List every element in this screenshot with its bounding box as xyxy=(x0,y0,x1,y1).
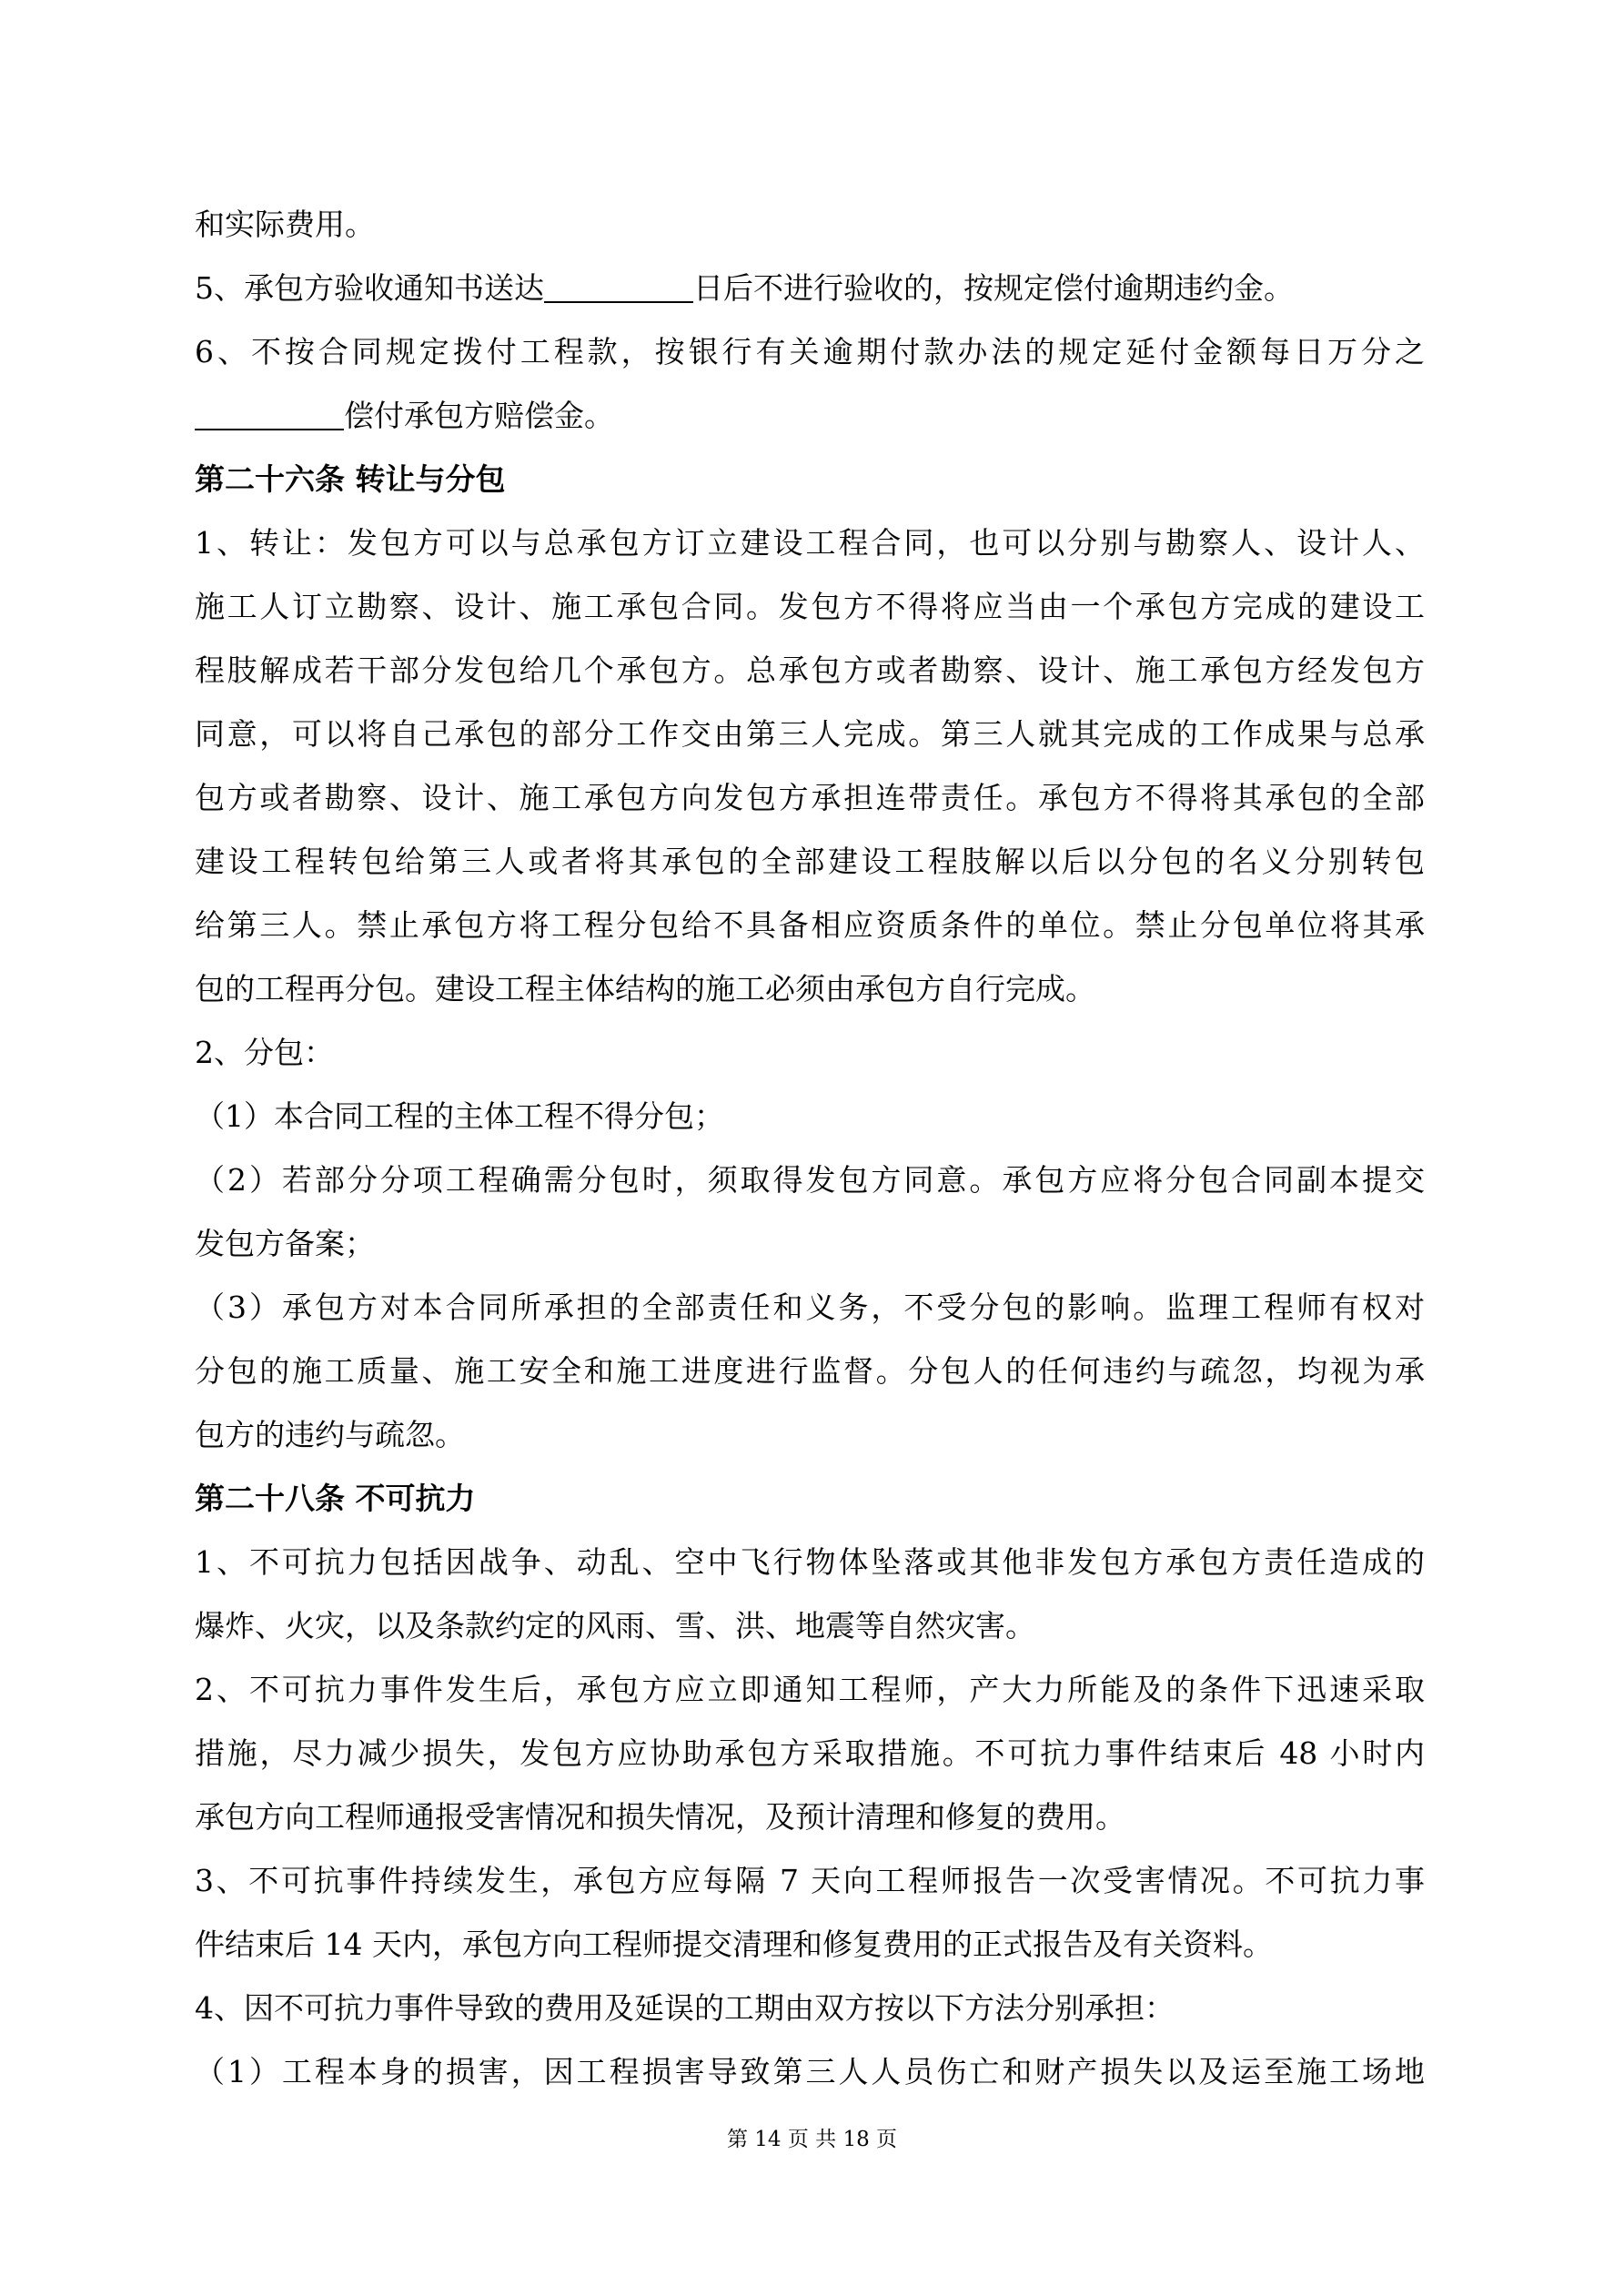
text-line: 2、分包： xyxy=(195,1021,1425,1085)
text-line: （1）本合同工程的主体工程不得分包； xyxy=(195,1085,1425,1148)
text-line: 施工人订立勘察、设计、施工承包合同。发包方不得将应当由一个承包方完成的建设工 xyxy=(195,575,1425,639)
text-line: 1、不可抗力包括因战争、动乱、空中飞行物体坠落或其他非发包方承包方责任造成的 xyxy=(195,1531,1425,1594)
line-text: 6、不按合同规定拨付工程款，按银行有关逾期付款办法的规定延付金额每日万分之 xyxy=(195,334,1425,369)
line-text: （3）承包方对本合同所承担的全部责任和义务，不受分包的影响。监理工程师有权对 xyxy=(195,1290,1425,1325)
text-line: 5、承包方验收通知书送达日后不进行验收的，按规定偿付逾期违约金。 xyxy=(195,257,1425,320)
line-text: （1）工程本身的损害，因工程损害导致第三人人员伤亡和财产损失以及运至施工场地 xyxy=(195,2054,1425,2089)
line-text: 4、因不可抗力事件导致的费用及延误的工期由双方按以下方法分别承担： xyxy=(195,1990,1175,2026)
text-line: 承包方向工程师通报受害情况和损失情况，及预计清理和修复的费用。 xyxy=(195,1785,1425,1849)
text-line: （1）工程本身的损害，因工程损害导致第三人人员伤亡和财产损失以及运至施工场地 xyxy=(195,2040,1425,2104)
line-text: 件结束后 14 天内，承包方向工程师提交清理和修复费用的正式报告及有关资料。 xyxy=(195,1927,1273,1962)
line-text: 5、承包方验收通知书送达 xyxy=(195,270,544,306)
text-line: 分包的施工质量、施工安全和施工进度进行监督。分包人的任何违约与疏忽，均视为承 xyxy=(195,1340,1425,1403)
line-text: 日后不进行验收的，按规定偿付逾期违约金。 xyxy=(693,270,1294,306)
text-line: 包方的违约与疏忽。 xyxy=(195,1403,1425,1467)
text-line: （3）承包方对本合同所承担的全部责任和义务，不受分包的影响。监理工程师有权对 xyxy=(195,1276,1425,1340)
text-line: 建设工程转包给第三人或者将其承包的全部建设工程肢解以后以分包的名义分别转包 xyxy=(195,830,1425,894)
section-heading: 第二十八条 不可抗力 xyxy=(195,1467,1425,1531)
line-text: 第二十八条 不可抗力 xyxy=(195,1481,476,1516)
text-line: 2、不可抗力事件发生后，承包方应立即通知工程师，产大力所能及的条件下迅速采取 xyxy=(195,1658,1425,1722)
section-heading: 第二十六条 转让与分包 xyxy=(195,448,1425,511)
line-text: 和实际费用。 xyxy=(195,207,375,242)
line-text: 偿付承包方赔偿金。 xyxy=(344,398,614,433)
text-line: 1、转让：发包方可以与总承包方订立建设工程合同，也可以分别与勘察人、设计人、 xyxy=(195,511,1425,575)
line-text: 第二十六条 转让与分包 xyxy=(195,461,506,497)
line-text: 措施，尽力减少损失，发包方应协助承包方采取措施。不可抗力事件结束后 48 小时内 xyxy=(195,1735,1425,1771)
text-line: 6、不按合同规定拨付工程款，按银行有关逾期付款办法的规定延付金额每日万分之 xyxy=(195,320,1425,384)
page-footer: 第 14 页 共 18 页 xyxy=(0,2126,1624,2153)
line-text: 施工人订立勘察、设计、施工承包合同。发包方不得将应当由一个承包方完成的建设工 xyxy=(195,589,1425,624)
line-text: 分包的施工质量、施工安全和施工进度进行监督。分包人的任何违约与疏忽，均视为承 xyxy=(195,1353,1425,1389)
text-line: 措施，尽力减少损失，发包方应协助承包方采取措施。不可抗力事件结束后 48 小时内 xyxy=(195,1722,1425,1785)
text-line: 包的工程再分包。建设工程主体结构的施工必须由承包方自行完成。 xyxy=(195,957,1425,1021)
document-page: 和实际费用。5、承包方验收通知书送达日后不进行验收的，按规定偿付逾期违约金。6、… xyxy=(0,0,1624,2296)
line-text: （2）若部分分项工程确需分包时，须取得发包方同意。承包方应将分包合同副本提交 xyxy=(195,1162,1425,1198)
text-line: 和实际费用。 xyxy=(195,193,1425,257)
text-line: 发包方备案； xyxy=(195,1212,1425,1276)
text-line: 包方或者勘察、设计、施工承包方向发包方承担连带责任。承包方不得将其承包的全部 xyxy=(195,766,1425,830)
line-text: 程肢解成若干部分发包给几个承包方。总承包方或者勘察、设计、施工承包方经发包方 xyxy=(195,652,1425,688)
line-text: 2、不可抗力事件发生后，承包方应立即通知工程师，产大力所能及的条件下迅速采取 xyxy=(195,1672,1425,1707)
text-line: 4、因不可抗力事件导致的费用及延误的工期由双方按以下方法分别承担： xyxy=(195,1977,1425,2040)
line-text: 爆炸、火灾，以及条款约定的风雨、雪、洪、地震等自然灾害。 xyxy=(195,1608,1035,1644)
text-line: 同意，可以将自己承包的部分工作交由第三人完成。第三人就其完成的工作成果与总承 xyxy=(195,703,1425,766)
line-text: 3、不可抗事件持续发生，承包方应每隔 7 天向工程师报告一次受害情况。不可抗力事 xyxy=(195,1863,1425,1898)
line-text: 包的工程再分包。建设工程主体结构的施工必须由承包方自行完成。 xyxy=(195,971,1095,1006)
line-text: （1）本合同工程的主体工程不得分包； xyxy=(195,1098,724,1134)
blank-underline xyxy=(195,396,344,430)
line-text: 给第三人。禁止承包方将工程分包给不具备相应资质条件的单位。禁止分包单位将其承 xyxy=(195,907,1425,943)
line-text: 包方或者勘察、设计、施工承包方向发包方承担连带责任。承包方不得将其承包的全部 xyxy=(195,780,1425,815)
line-text: 同意，可以将自己承包的部分工作交由第三人完成。第三人就其完成的工作成果与总承 xyxy=(195,716,1425,752)
document-body: 和实际费用。5、承包方验收通知书送达日后不进行验收的，按规定偿付逾期违约金。6、… xyxy=(195,193,1425,2104)
text-line: 给第三人。禁止承包方将工程分包给不具备相应资质条件的单位。禁止分包单位将其承 xyxy=(195,894,1425,957)
text-line: 爆炸、火灾，以及条款约定的风雨、雪、洪、地震等自然灾害。 xyxy=(195,1594,1425,1658)
text-line: 3、不可抗事件持续发生，承包方应每隔 7 天向工程师报告一次受害情况。不可抗力事 xyxy=(195,1849,1425,1913)
line-text: 发包方备案； xyxy=(195,1226,375,1261)
text-line: （2）若部分分项工程确需分包时，须取得发包方同意。承包方应将分包合同副本提交 xyxy=(195,1148,1425,1212)
line-text: 承包方向工程师通报受害情况和损失情况，及预计清理和修复的费用。 xyxy=(195,1799,1125,1835)
line-text: 1、转让：发包方可以与总承包方订立建设工程合同，也可以分别与勘察人、设计人、 xyxy=(195,525,1425,561)
line-text: 2、分包： xyxy=(195,1035,334,1070)
text-line: 偿付承包方赔偿金。 xyxy=(195,384,1425,448)
blank-underline xyxy=(544,268,693,303)
text-line: 件结束后 14 天内，承包方向工程师提交清理和修复费用的正式报告及有关资料。 xyxy=(195,1913,1425,1977)
text-line: 程肢解成若干部分发包给几个承包方。总承包方或者勘察、设计、施工承包方经发包方 xyxy=(195,639,1425,703)
line-text: 包方的违约与疏忽。 xyxy=(195,1417,465,1452)
line-text: 1、不可抗力包括因战争、动乱、空中飞行物体坠落或其他非发包方承包方责任造成的 xyxy=(195,1544,1425,1580)
line-text: 建设工程转包给第三人或者将其承包的全部建设工程肢解以后以分包的名义分别转包 xyxy=(195,844,1425,879)
